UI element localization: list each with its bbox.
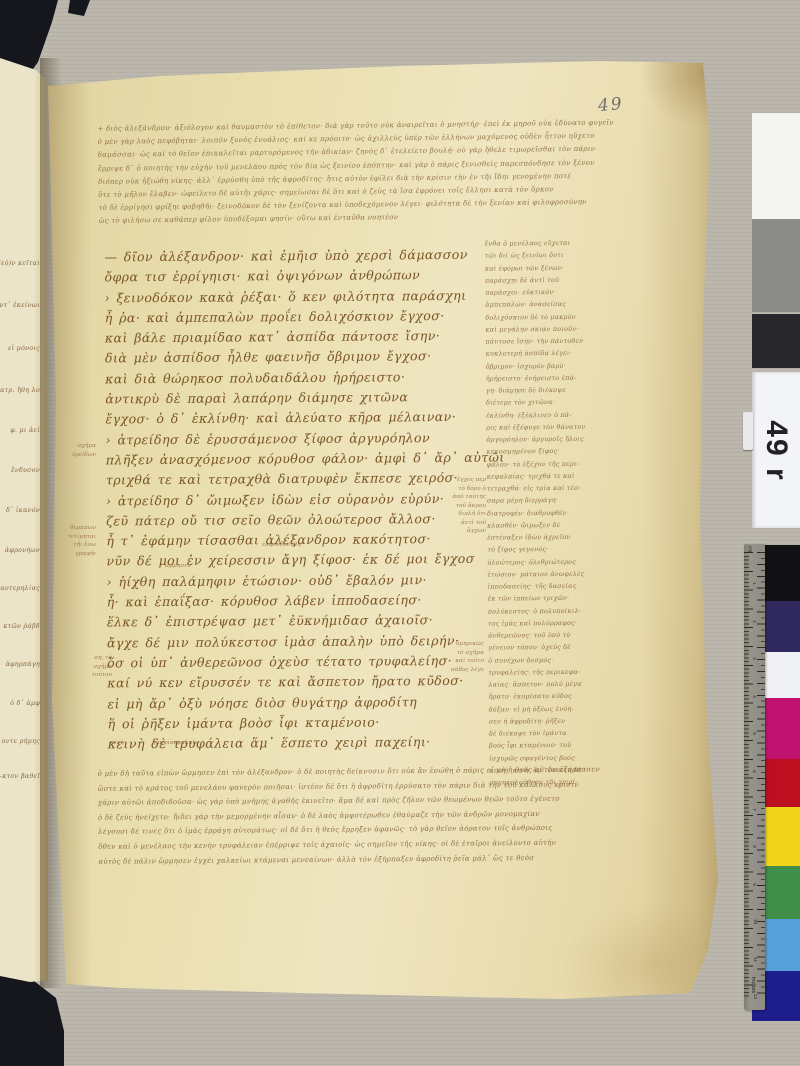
right-scholion-line: τῶι διὶ ὡς ξεινίωι ὄντι — [485, 249, 621, 262]
right-scholion-line: πάντοσε ἴσην· τὴν πάντοθεν — [485, 334, 621, 347]
right-margin-scholia: ἔνθα ὁ μενέλαος εὔχεταιτῶι διὶ ὡς ξεινίω… — [485, 236, 626, 788]
right-scholion-line: ἐτώσιον· μάταιον ἀνωφελές — [487, 567, 623, 580]
facing-page-text-fragment: ἀφηρπάγη — [6, 661, 40, 668]
right-scholion-line: ὁ συνέχων δεσμός· — [488, 653, 624, 666]
iliad-verse-line: ἕλκε δ᾽ ἐπιστρέψασ μετ᾽ ἐϋκνήμιδασ ἀχαιο… — [107, 610, 509, 633]
right-scholion-line: καὶ μεγάλην σκιὰν ποιοῦν· — [485, 322, 621, 335]
ruler-number: 10 — [753, 919, 758, 924]
right-scholion-line: ἐκ τῶν ἱππείων τριχῶν· — [488, 592, 624, 605]
ruler-number: 6 — [752, 770, 757, 773]
right-scholion-line: ἤρατο· ἐκομίσατο κῦδος — [489, 690, 625, 703]
iliad-verse-line: πλῆξεν ἀνασχόμενοσ κόρυθοσ φάλον· ἀμφὶ δ… — [106, 448, 508, 471]
right-scholion-line: ἔνθα ὁ μενέλαος εὔχεται — [485, 236, 621, 249]
iliad-verse-line: › ἠίχθη παλάμηφιν ἐτώσιον· οὐδ᾽ ἔβαλόν μ… — [107, 569, 509, 592]
right-scholion-line: τος ἱμὰς καὶ πολύρραφος· — [488, 616, 624, 629]
folio-number: 49 — [597, 94, 624, 116]
right-scholion-line: ὄβριμον· ἰσχυρόν βαρύ· — [486, 359, 622, 372]
right-scholion-line: ἱπποδασείης· τῆς δασείας — [488, 579, 624, 592]
iliad-verse-line: καὶ βάλε πριαμίδαο κατ᾽ ἀσπίδα πάντοσε ἴ… — [105, 326, 507, 349]
interlinear-gloss: κενὴ — [110, 740, 124, 746]
ruler-number: 1 — [752, 582, 757, 585]
iliad-verse-line: διὰ μὲν ἀσπίδοσ ἦλθε φαεινῆσ ὄβριμον ἔγχ… — [105, 346, 507, 369]
ruler: cm Inches 123456789101112 — [744, 544, 765, 1010]
right-scholion-line: δὲ διέκοψε τὸν ἱμάντα — [489, 726, 625, 739]
right-scholion-line: ἀνθερεῶνος· τοῦ ὑπὸ τὸ — [488, 628, 624, 641]
manuscript-page: 49 + διὸς ἀλεξάνδρου· ἀξιόλογον καὶ θαυμ… — [0, 0, 800, 1066]
iliad-verse-line: ἀντικρὺ δὲ παραὶ λαπάρην διάμησε χιτῶνα — [105, 387, 507, 410]
facing-page-text-fragment: κτῶν ῥάβδ — [3, 623, 40, 630]
iliad-verse-line: — δῖον ἀλέξανδρον· καὶ ἐμῆισ ὑπὸ χερσὶ δ… — [104, 245, 506, 268]
iliad-verse-line: ἦ· καὶ ἐπαΐξασ· κόρυθοσ λάβεν ἱπποδασείη… — [107, 590, 509, 613]
right-scholion-line: ὀλοώτερος· ὀλεθριώτερος — [487, 555, 623, 568]
right-scholion-line: τὸ ξίφος γεγονός· — [487, 543, 623, 556]
parchment-stain-bottom-right — [560, 900, 710, 1010]
right-scholion-line: κυκλοτερῆ ἀσπίδα λέγει· — [486, 347, 622, 360]
iliad-verse-line: ἥ οἱ ῥῆξεν ἱμάντα βοὸσ ἶφι κταμένοιο· — [107, 711, 509, 734]
right-scholion-line: ἀμπεπαλών· ἀνασείσας — [485, 298, 621, 311]
ruler-inches-label: Inches — [750, 977, 756, 993]
facing-page-text-fragment: ὁ δ᾽ ἀμφ — [10, 700, 40, 707]
facing-page-text-fragment: οντε ρήμης — [2, 738, 40, 745]
iliad-verse-line: › ξεινοδόκον κακὰ ῥέξαι· ὅ κεν φιλότητα … — [105, 285, 507, 308]
right-scholion-line: δόξαν· εἰ μὴ ὀξέως ἐνόη- — [489, 702, 625, 715]
facing-page-text-fragment: ἀφρονήων — [5, 547, 40, 554]
top-scholia-block: + διὸς ἀλεξάνδρου· ἀξιόλογον καὶ θαυμαστ… — [97, 115, 726, 228]
right-scholion-line: ρις καὶ ἐξέφυγε τὸν θάνατον — [486, 420, 622, 433]
right-scholion-line: κλασθέν· ὤιμωξεν δὲ — [487, 518, 623, 531]
interlinear-gloss: ἐσφενδονήθη — [262, 542, 301, 548]
right-scholion-line: γη· διάμησε δὲ διέκοψε — [486, 383, 622, 396]
ruler-cm-ticks — [744, 552, 753, 998]
right-scholion-line: ἐστέναξεν ἰδὼν ἀχρεῖον — [487, 530, 623, 543]
right-scholion-line: παράσχοι· εὐκτικόν· — [485, 285, 621, 298]
ruler-cm-label: cm — [746, 546, 752, 553]
facing-page-text-fragment: -ς θ(εὸ)ν κεῖται — [0, 260, 40, 267]
right-scholion-line: πολύκεστος· ὁ πολυποίκιλ- — [488, 604, 624, 617]
ruler-number: 5 — [752, 732, 757, 735]
photo-backdrop: -ς θ(εὸ)ν κεῖταιαντ᾽ ἐκείνωιεἰ μόνοιςατρ… — [0, 0, 800, 1066]
margin-note: ὁμηρικῶς τὸ σχῆμα καὶ τοῦτο πάθος λέγε — [436, 640, 484, 674]
right-scholion-line: γένειον τόπου· ὀχεύς δὲ — [488, 641, 624, 654]
ruler-number: 2 — [752, 620, 757, 623]
ruler-number: 11 — [753, 957, 758, 962]
iliad-verse-line: καὶ διὰ θώρηκοσ πολυδαιδάλου ἠρήρειστο· — [105, 366, 507, 389]
right-scholion-line: καὶ ἐφόρωι τῶν ξένων· — [485, 261, 621, 274]
right-scholion-line: βοὸς ἶφι κταμένοιο· τοῦ — [489, 739, 625, 752]
margin-note: ση, τὸ σχῆμα τούτου — [76, 654, 112, 680]
interlinear-gloss: ὤρμησεν — [165, 563, 191, 569]
right-scholion-line: διέτεμε τὸν χιτῶνα· — [486, 396, 622, 409]
right-scholion-line: σεν ἡ ἀφροδίτη· ῥῆξεν — [489, 714, 625, 727]
margin-note: ἔγχος περ τὸ δόρυ ὁ ἀπὸ ταύτης τοῦ ἄκρου… — [438, 476, 486, 536]
facing-page-text-fragment: δ᾽ ἱκανόν — [6, 507, 40, 514]
iliad-verse-line: ὄφρα τισ ἐρρίγηισι· καὶ ὀψιγόνων ἀνθρώπω… — [104, 265, 506, 288]
facing-page-text-fragment: αντ᾽ ἐκείνωι — [0, 302, 40, 309]
right-scholion-line: παράσχηι δὲ ἀντὶ τοῦ — [485, 273, 621, 286]
facing-page-text-fragment: λαντερηλίας — [0, 585, 40, 592]
interlinear-gloss: ἡ περικεφαλαία — [152, 740, 199, 746]
right-scholion-line: δολιχόσκιον δὲ τὸ μακρὸν — [485, 310, 621, 323]
ruler-inch-ticks — [757, 552, 765, 998]
iliad-verse-line: εἰ μὴ ἄρ᾽ ὀξὺ νόησε διὸσ θυγάτηρ ἀφροδίτ… — [107, 691, 509, 714]
right-scholion-line: κεκοσμημένον ξίφος· — [486, 445, 622, 458]
iliad-verse-line: καί νύ κεν εἴρυσσέν τε καὶ ἄσπετον ἤρατο… — [107, 671, 509, 694]
iliad-verse-line: ἔγχοσ· ὁ δ᾽ ἐκλίνθη· καὶ ἀλεύατο κῆρα μέ… — [105, 407, 507, 430]
right-scholion-line: διατρυφέν· διαθρυφθέν — [487, 506, 623, 519]
facing-page-text-fragment: εἰ μόνοις — [8, 345, 40, 352]
ruler-number: 3 — [752, 657, 757, 660]
right-scholion-line: ἠρήρειστο· ἐνήρειστο ἐπά- — [486, 371, 622, 384]
facing-page-text-fragment: ατρ. ἤθη λο — [0, 387, 40, 394]
right-scholion-line: τρυφαλείης· τῆς περικεφα- — [488, 665, 624, 678]
facing-page-text-fragment: ἔνδυσον — [11, 467, 40, 474]
margin-note: θεράπων τετίμηται τῆι ἔσω γραφῆι — [56, 524, 96, 558]
facing-page-text-fragment: φ. μι ἀεί — [10, 427, 40, 434]
iliad-verse-line: ἦ ῥα· καὶ ἀμπεπαλὼν προΐει δολιχόσκιον ἔ… — [105, 305, 507, 328]
bottom-scholia-block: ὁ μὲν δὴ ταῦτα εἰπὼν ὥρμησεν ἐπὶ τὸν ἀλέ… — [98, 761, 733, 869]
right-scholion-line: ἀργυρόηλον· ἀργυροῖς ἥλοις — [486, 432, 622, 445]
ruler-number: 12 — [753, 994, 758, 999]
ruler-number: 7 — [752, 808, 757, 811]
black-clip-top — [66, 0, 92, 18]
margin-note: σχῆμα ἐρείδων — [62, 442, 96, 459]
right-scholion-line: ἐκλίνθη· ἐξέκλινεν ὁ πά- — [486, 408, 622, 421]
facing-page-text-fragment: -κτον βαθεῖ — [0, 773, 40, 780]
ruler-number: 4 — [752, 695, 757, 698]
right-scholion-line: λαίας· ἄσπετον· πολύ μέγα — [488, 677, 624, 690]
iliad-verse-line: › ἀτρείδησ δὲ ἐρυσσάμενοσ ξίφοσ ἀργυρόηλ… — [106, 427, 508, 450]
ruler-number: 8 — [752, 845, 757, 848]
ruler-number: 9 — [752, 883, 757, 886]
